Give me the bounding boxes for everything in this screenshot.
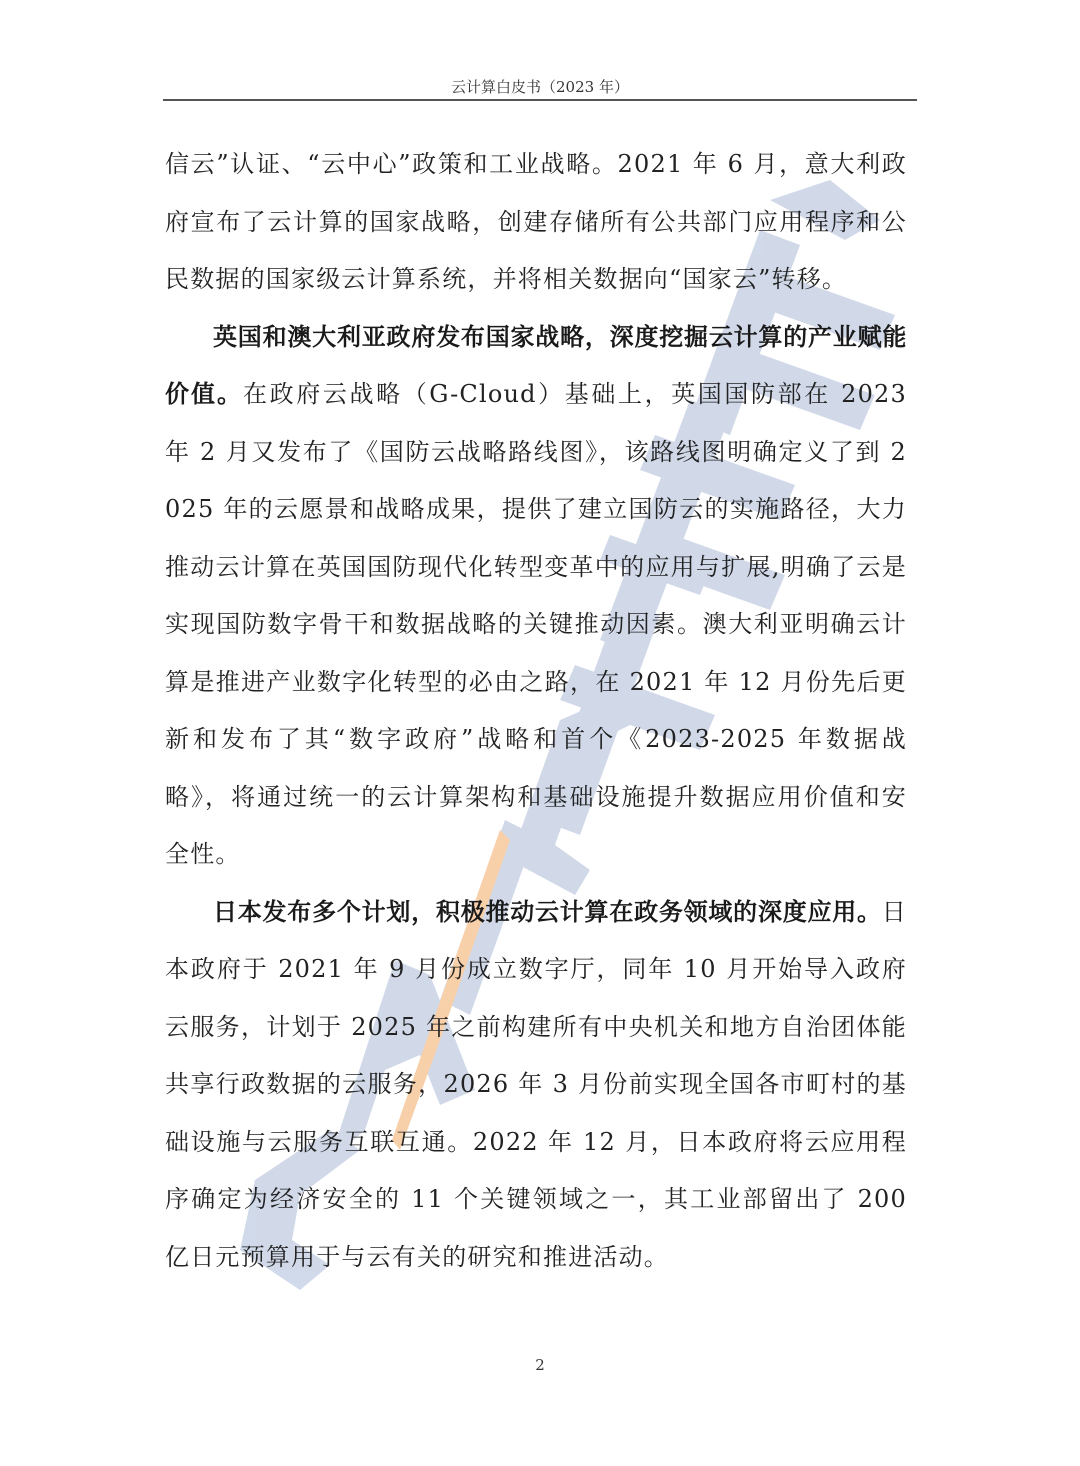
paragraph-text: 日本政府于 2021 年 9 月份成立数字厅，同年 10 月开始导入政府云服务，… (165, 898, 907, 1271)
paragraph-text: 在政府云战略（G-Cloud）基础上，英国国防部在 2023 年 2 月又发布了… (165, 380, 907, 868)
running-header-title: 云计算白皮书（2023 年） (163, 76, 917, 97)
header-divider (163, 99, 917, 101)
paragraph-italy: 信云”认证、“云中心”政策和工业战略。2021 年 6 月，意大利政府宣布了云计… (165, 136, 907, 309)
paragraph-uk-australia: 英国和澳大利亚政府发布国家战略，深度挖掘云计算的产业赋能价值。在政府云战略（G-… (165, 309, 907, 884)
paragraph-japan: 日本发布多个计划，积极推动云计算在政务领域的深度应用。日本政府于 2021 年 … (165, 884, 907, 1287)
document-body: 信云”认证、“云中心”政策和工业战略。2021 年 6 月，意大利政府宣布了云计… (165, 136, 907, 1286)
paragraph-text: 信云”认证、“云中心”政策和工业战略。2021 年 6 月，意大利政府宣布了云计… (165, 150, 907, 293)
paragraph-lead-heading: 日本发布多个计划，积极推动云计算在政务领域的深度应用。 (213, 898, 882, 926)
page-number: 2 (0, 1356, 1080, 1374)
